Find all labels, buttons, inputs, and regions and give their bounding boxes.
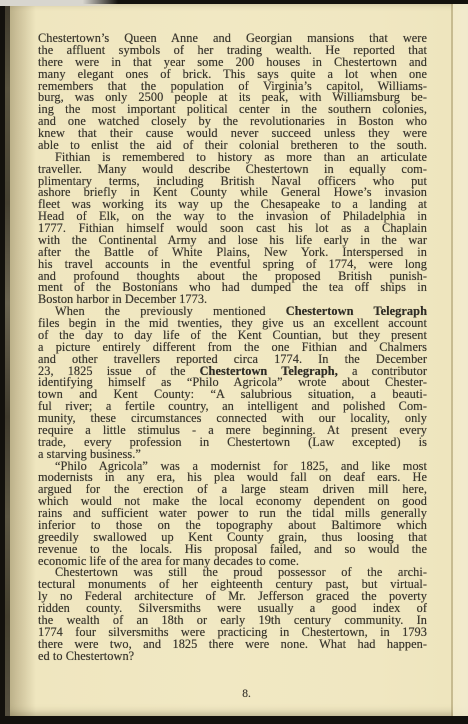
scanner-edge-artifact: [0, 0, 118, 6]
page-right-edge: [453, 4, 468, 716]
scanned-book-photo: Chestertown’s Queen Anne and Georgian ma…: [0, 0, 468, 724]
page-number: 8.: [38, 688, 427, 700]
paragraph-1: Chestertown’s Queen Anne and Georgian ma…: [38, 33, 427, 152]
book-page: Chestertown’s Queen Anne and Georgian ma…: [5, 4, 468, 716]
text-line: ed to Chestertown?: [38, 651, 427, 663]
page-text: Chestertown’s Queen Anne and Georgian ma…: [38, 33, 427, 662]
gutter-shadow: [10, 4, 36, 716]
paragraph-4: “Philo Agricola” was a modernist for 182…: [38, 461, 427, 568]
paragraph-3: When the previously mentioned Chestertow…: [38, 306, 427, 460]
paragraph-2: Fithian is remembered to history as more…: [38, 152, 427, 306]
paragraph-5: Chestertown was still the proud possesso…: [38, 567, 427, 662]
